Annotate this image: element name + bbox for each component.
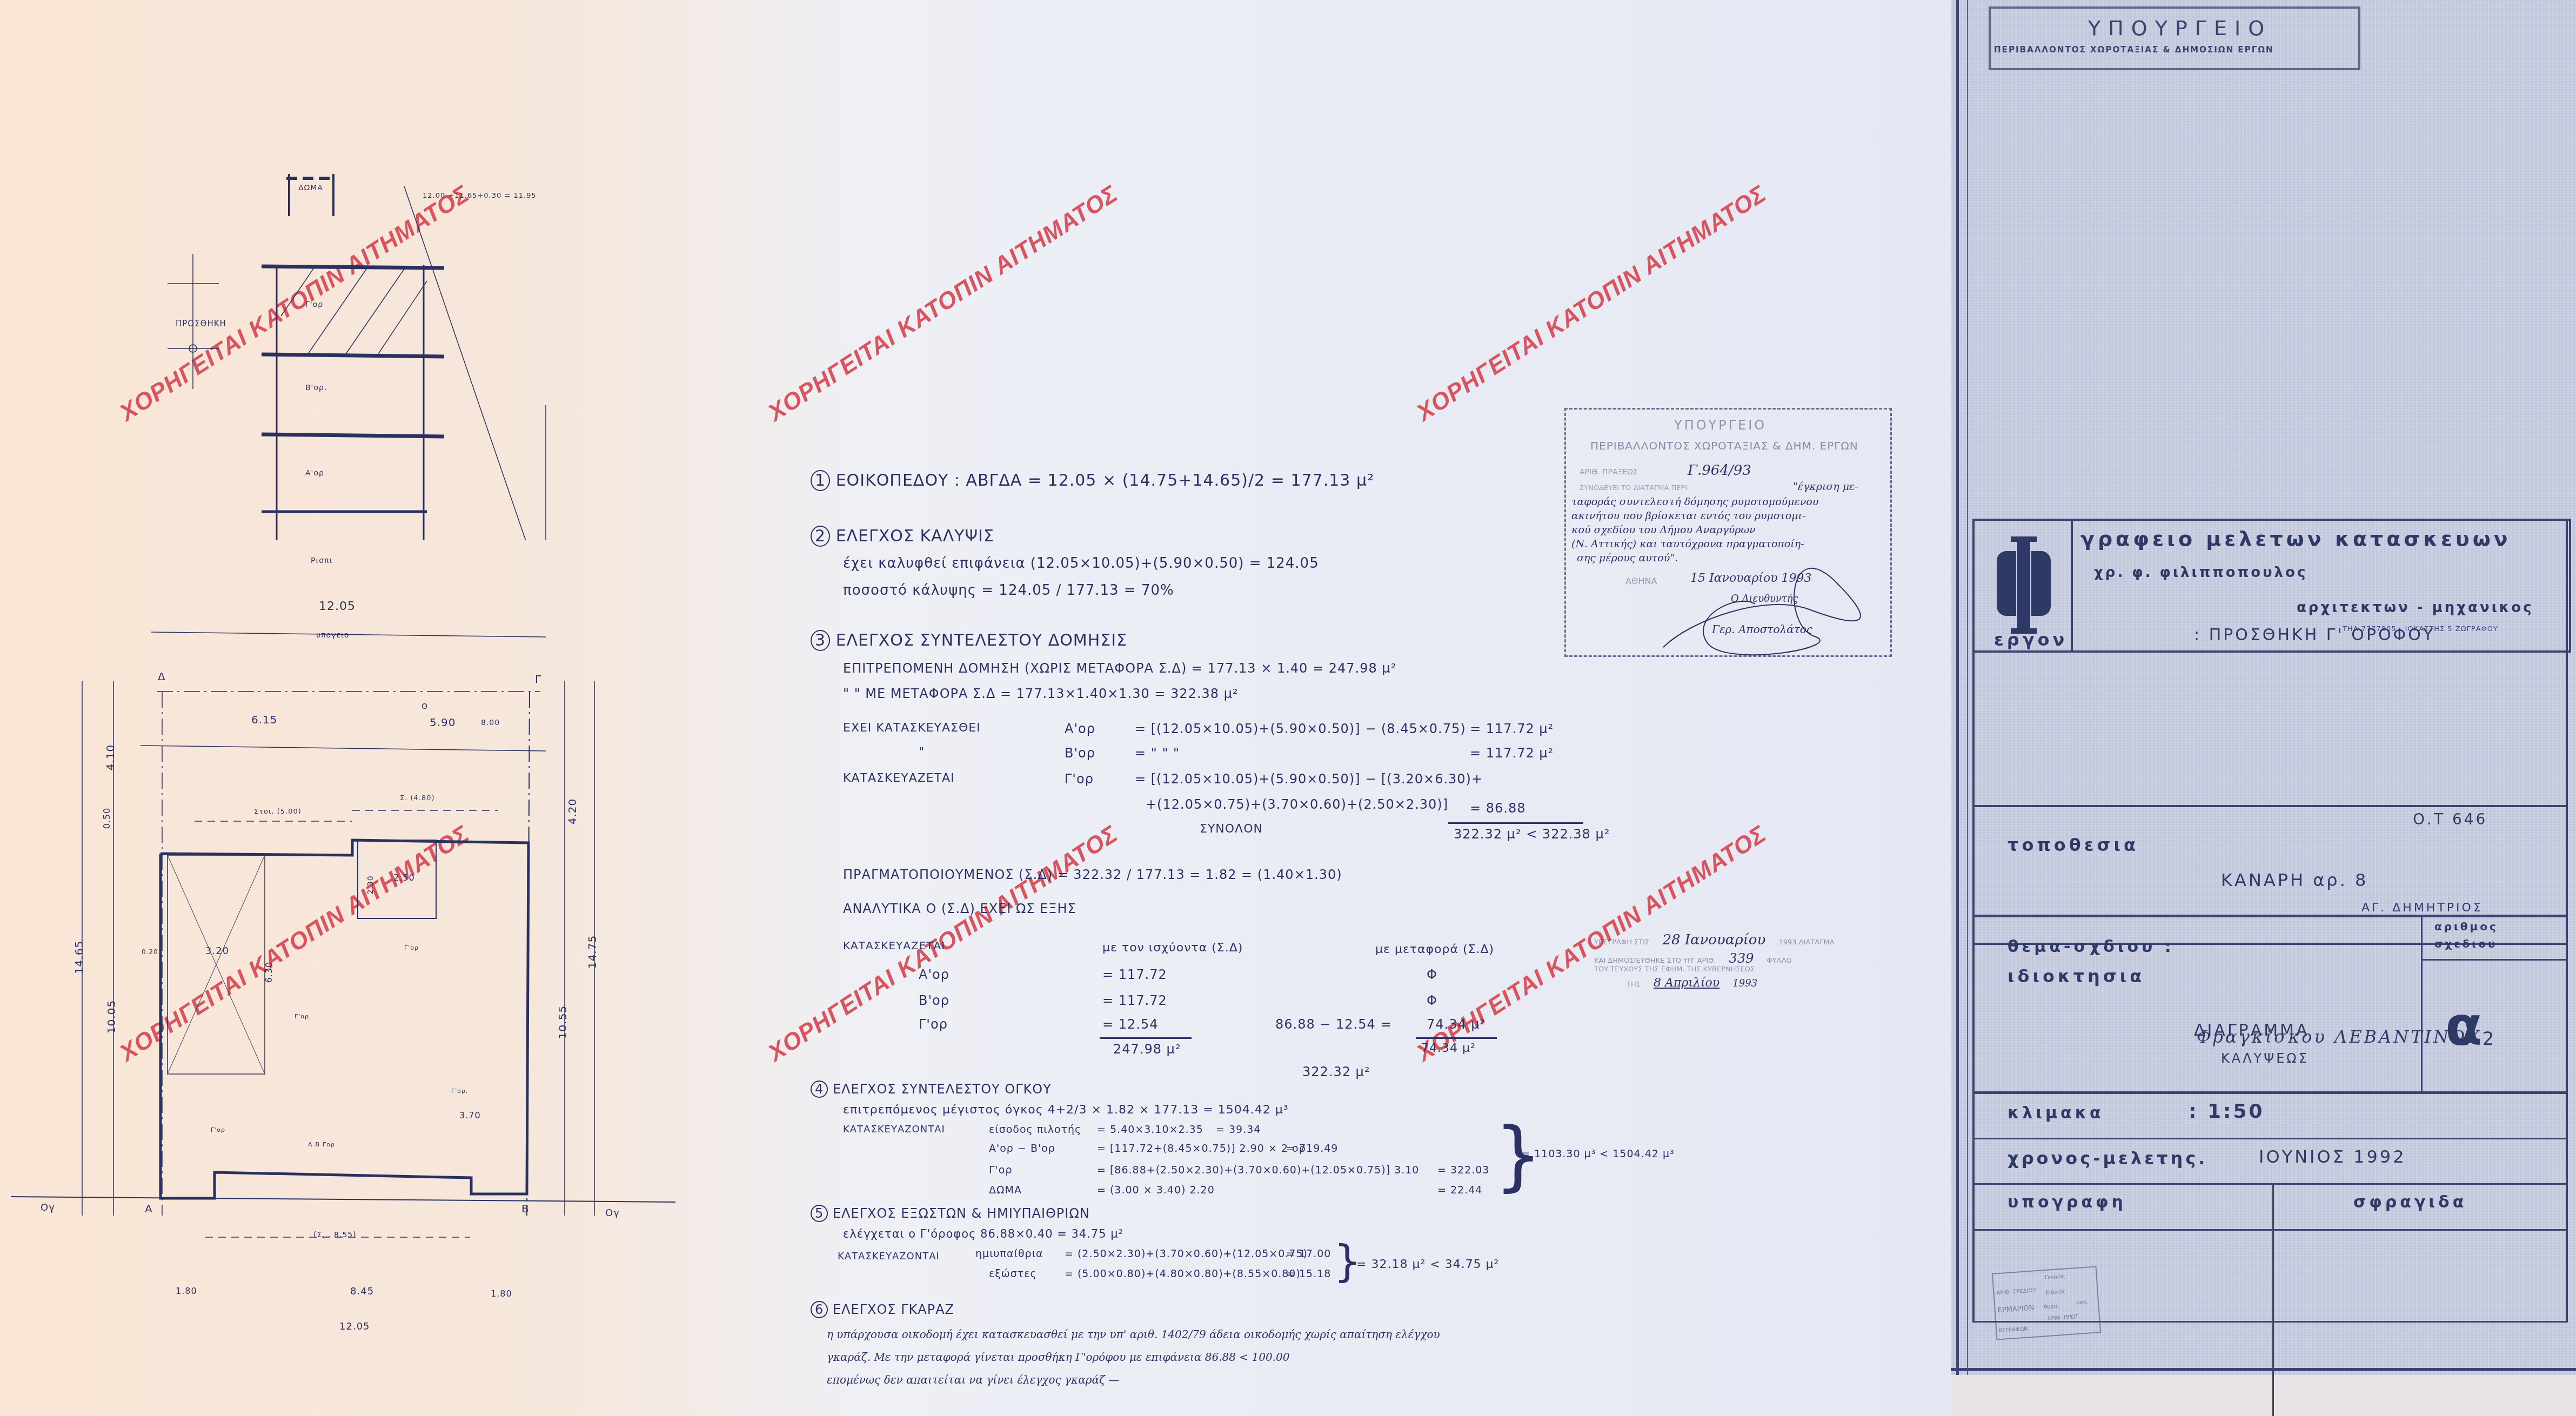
date-label: χρονος-μελετης. — [2008, 1148, 2207, 1169]
stamp-text: ταφοράς συντελεστή δόμησης ρυμοτομούμενο… — [1571, 496, 1818, 508]
section-number: 5 — [811, 1205, 828, 1222]
calc-line: ΕΠΙΤΡΕΠΟΜΕΝΗ ΔΟΜΗΣΗ (ΧΩΡΙΣ ΜΕΤΑΦΟΡΑ Σ.Δ)… — [843, 661, 1396, 676]
table-col2-header: με μεταφορά (Σ.Δ) — [1375, 943, 1494, 956]
volume-result: = 39.34 — [1216, 1124, 1261, 1136]
section-title: ΕΛΕΓΧΟΣ ΕΞΩΣΤΩΝ & ΗΜΙΥΠΑΙΘΡΙΩΝ — [833, 1206, 1090, 1221]
calc-line: " " ΜΕ ΜΕΤΑΦΟΡΑ Σ.Δ = 177.13×1.40×1.30 =… — [843, 686, 1239, 701]
firm-name: γραφειο μελετων κατασκευων — [2080, 527, 2511, 551]
stamp-protocol-label: ΑΡΙΘ. ΠΡΑΞΕΩΣ — [1580, 468, 1638, 477]
garage-note: επομένως δεν απαιτείται να γίνει έλεγχος… — [827, 1373, 1119, 1386]
project-value: : ΠΡΟΣΘΗΚΗ Γ' ΟΡΟΦΟΥ — [2194, 626, 2435, 645]
volume-item: Γ'ορ — [989, 1164, 1013, 1176]
project-label: εργον — [1994, 629, 2068, 650]
volume-total: = 1103.30 μ³ < 1504.42 μ³ — [1521, 1148, 1675, 1160]
table-col1: = 117.72 — [1102, 967, 1167, 982]
watermark: ΧΟΡΗΓΕΙΤΑΙ ΚΑΤΟΠΙΝ ΑΙΤΗΜΑΤΟΣ — [1412, 180, 1771, 427]
inner-dimension: 2.30 — [366, 875, 375, 894]
volume-item: ΔΩΜΑ — [989, 1184, 1022, 1196]
gazette-year: 1993 — [1778, 938, 1796, 947]
inner-dimension: 0.20 — [142, 948, 158, 956]
row-divider — [1972, 805, 2567, 807]
signature-icon — [1658, 561, 1885, 669]
table-col1: = 12.54 — [1102, 1017, 1158, 1032]
gazette-suffix: ΔΙΑΤΑΓΜΑ — [1799, 938, 1835, 947]
stamp-accompanies: ΣΥΝΟΔΕΥΕΙ ΤΟ ΔΙΑΤΑΓΜΑ ΠΕΡΙ — [1580, 484, 1687, 492]
plan-dimension: 10.55 — [556, 1005, 569, 1039]
floor-tag: Α-Β-Γορ — [308, 1141, 335, 1148]
corner-label: Δ — [158, 670, 166, 683]
calc-line: ποσοστό κάλυψης = 124.05 / 177.13 = 70% — [843, 582, 1174, 599]
floor-label: Β'ορ. — [305, 384, 327, 392]
calc-line: έχει καλυφθεί επιφάνεια (12.05×10.05)+(5… — [843, 555, 1319, 572]
archive-general: Γενικός — [2044, 1273, 2065, 1281]
constructed-label: ΕΧΕΙ ΚΑΤΑΣΚΕΥΑΣΘΕΙ — [843, 721, 981, 735]
location-label: τοποθεσια — [2008, 835, 2139, 855]
section-title: ΕΛΕΓΧΟΣ ΓΚΑΡΑΖ — [833, 1302, 954, 1317]
floor-tag: Γ'ορ — [404, 944, 419, 951]
volume-item: Α'ορ − Β'ορ — [989, 1143, 1055, 1155]
floor-name: Α'ορ — [1065, 721, 1095, 736]
watermark: ΧΟΡΗΓΕΙΤΑΙ ΚΑΤΟΠΙΝ ΑΙΤΗΜΑΤΟΣ — [764, 180, 1123, 427]
stamp-ministry-sub: ΠΕΡΙΒΑΛΛΟΝΤΟΣ ΧΩΡΟΤΑΞΙΑΣ & ΔΗΜ. ΕΡΓΩΝ — [1590, 439, 1858, 452]
section-number: 4 — [811, 1081, 828, 1098]
section-title: ΕΛΕΓΧΟΣ ΚΑΛΥΨΙΣ — [836, 527, 994, 546]
location-area: ΑΓ. ΔΗΜΗΤΡΙΟΣ — [2361, 901, 2483, 915]
plan-dimension: 14.75 — [586, 935, 599, 969]
street-label: Ογ — [41, 1202, 55, 1213]
table-floor: Γ'ορ — [919, 1017, 948, 1032]
firm-person: χρ. φ. φιλιππoπουλος — [2094, 565, 2307, 581]
plan-drawing: 12.05 6.15 5.90 14.65 4.10 0.50 10.05 4.… — [0, 594, 675, 1243]
row-divider — [1972, 1229, 2567, 1231]
col-divider — [2272, 1183, 2274, 1416]
plan-dimension: 4.20 — [566, 798, 579, 825]
drawing-number-sub: 2 — [2483, 1028, 2494, 1050]
balcony-result: = 17.00 — [1286, 1248, 1331, 1260]
firm-logo-icon: Φ — [1980, 532, 2067, 640]
setback-label: Στοι. (5.00) — [254, 808, 302, 816]
garage-note: η υπάρχουσα οικοδομή έχει κατασκευασθεί … — [827, 1328, 1440, 1341]
signature-label: υπογραφη — [2008, 1193, 2126, 1212]
table-col1-header: με τον ισχύοντα (Σ.Δ) — [1102, 941, 1243, 955]
ministry-stamp: ΥΠΟΥΡΓΕΙΟ ΠΕΡΙΒΑΛΛΟΝΤΟΣ ΧΩΡΟΤΑΞΙΑΣ & ΔΗΜ… — [1989, 6, 2360, 70]
inner-dimension: 6.30 — [264, 962, 274, 983]
volume-result: = 22.44 — [1437, 1184, 1482, 1196]
section-title: ΕΛΕΓΧΟΣ ΣΥΝΤΕΛΕΣΤΟΥ ΟΓΚΟΥ — [833, 1082, 1052, 1097]
row-divider — [1972, 915, 2567, 917]
table-floor: Β'ορ — [919, 993, 949, 1008]
analytic-label: ΑΝΑΛΥΤΙΚΑ Ο (Σ.Δ) ΕΧΕΙ ΩΣ ΕΞΗΣ — [843, 901, 1076, 916]
constructed-expr: = " " " — [1135, 746, 1180, 761]
row-divider — [1972, 1183, 2567, 1185]
bottom-dimension: 8.45 — [350, 1286, 374, 1297]
plan-drawing-lines — [0, 594, 675, 1243]
archive-cabinet: ΕΡΜΑΡΙΟΝ — [1997, 1304, 2035, 1315]
bottom-dimension: 1.80 — [176, 1286, 197, 1296]
volume-expr: = [86.88+(2.50×2.30)+(3.70×0.60)+(12.05×… — [1097, 1164, 1419, 1176]
table-floor: Α'ορ — [919, 967, 949, 982]
title-block-border — [1956, 0, 1959, 1375]
ministry-title: ΥΠΟΥΡΓΕΙΟ — [2088, 16, 2272, 40]
section-number: 1 — [811, 470, 830, 491]
drawing-number-letter: α — [2445, 995, 2483, 1058]
floor-tag: Γ'ορ. — [295, 1013, 311, 1020]
setback-label: Σ. (4.80) — [400, 794, 435, 802]
subject-value: ΚΑΛΥΨΕΩΣ — [2221, 1051, 2309, 1066]
plan-dimension: 4.10 — [104, 744, 117, 771]
calc-balcony-title: 5 ΕΛΕΓΧΟΣ ΕΞΩΣΤΩΝ & ΗΜΙΥΠΑΙΘΡΙΩΝ — [811, 1206, 1090, 1221]
title-block-border — [1972, 519, 1975, 1321]
constructed-label: ΚΑΤΑΣΚΕΥΑΖΟΝΤΑΙ — [843, 1124, 945, 1135]
calc-coverage-title: 2 ΕΛΕΓΧΟΣ ΚΑΛΥΨΙΣ — [811, 527, 994, 546]
constructed-expr: +(12.05×0.75)+(3.70×0.60)+(2.50×2.30)] — [1146, 797, 1448, 812]
approval-stamp: ΥΠΟΥΡΓΕΙΟ ΠΕΡΙΒΑΛΛΟΝΤΟΣ ΧΩΡΟΤΑΞΙΑΣ & ΔΗΜ… — [1564, 408, 1892, 657]
section-title: ΕΛΕΓΧΟΣ ΣΥΝΤΕΛΕΣΤΟΥ ΔΟΜΗΣΙΣ — [836, 631, 1127, 650]
inner-dimension: 3.20 — [205, 945, 229, 957]
gazette-prefix: ΥΠΕΓΡΑΦΗ ΣΤΙΣ — [1594, 938, 1649, 947]
sum-rule — [1100, 1037, 1192, 1039]
ministry-subtitle: ΠΕΡΙΒΑΛΛΟΝΤΟΣ ΧΩΡΟΤΑΞΙΑΣ & ΔΗΜΟΣΙΩΝ ΕΡΓΩ… — [1994, 44, 2274, 55]
archive-protocol: ΑΡΙΘ. ΠΡΩΤ. — [2048, 1314, 2080, 1322]
stamp-text: "έγκριση με- — [1793, 481, 1858, 493]
realized-far: ΠΡΑΓΜΑΤΟΠΟΙΟΥΜΕΝΟΣ (Σ.Δ) = 322.32 / 177.… — [843, 867, 1342, 882]
floor-name: Γ'ορ — [1065, 771, 1094, 787]
archive-folder: φακ. — [2076, 1299, 2089, 1306]
balcony-expr: = (2.50×2.30)+(3.70×0.60)+(12.05×0.75) — [1065, 1248, 1308, 1260]
section-side-label: ΠΡΟΣΘΗΚΗ — [176, 319, 226, 328]
floor-label: ΔΩΜΑ — [298, 184, 323, 192]
calc-volume-title: 4 ΕΛΕΓΧΟΣ ΣΥΝΤΕΛΕΣΤΟΥ ΟΓΚΟΥ — [811, 1082, 1052, 1097]
subject-value: ΔΙΑΓΡΑΜΜΑ — [2194, 1021, 2310, 1040]
table-row-label: ΚΑΤΑΣΚΕΥΑΖΕΤΑΙ — [843, 939, 945, 952]
table-col1-total: 247.98 μ² — [1113, 1042, 1181, 1057]
constructed-result: = 117.72 μ² — [1470, 721, 1554, 736]
section-drawing-lines — [0, 0, 648, 540]
floor-tag: Γ'ορ. — [451, 1088, 468, 1095]
title-block — [1951, 0, 2576, 1375]
title-block-border — [2566, 519, 2568, 1321]
gazette-prefix: ΚΑΙ ΔΗΜΟΣΙΕΥΘΗΚΕ ΣΤΟ ΥΠ' ΑΡΙΘ. — [1594, 957, 1716, 965]
archive-documents: ΕΓΓΡΑΦΩΝ — [1999, 1326, 2028, 1334]
title-block-border — [1951, 1368, 2576, 1371]
balcony-expr: = (5.00×0.80)+(4.80×0.80)+(8.55×0.80) — [1065, 1268, 1301, 1280]
stamp-protocol-number: Γ.964/93 — [1688, 462, 1751, 479]
garage-note: γκαράζ. Με την μεταφορά γίνεται προσθήκη… — [827, 1351, 1289, 1364]
archive-drawing-no: ΑΡΙΘ. ΣΧΕΔΙΟΥ — [1996, 1287, 2036, 1296]
archive-stamp: ΑΡΙΘ. ΣΧΕΔΙΟΥ Γενικός Ειδικός ΕΡΜΑΡΙΟΝ θ… — [1992, 1266, 2101, 1340]
location-street: ΚΑΝΑΡΗ αρ. 8 — [2221, 870, 2368, 890]
inner-dimension: 2.50 — [393, 873, 415, 883]
bottom-dimension: 1.80 — [491, 1289, 512, 1299]
firm-role: αρχιτεκτων - μηχανικος — [2297, 600, 2534, 616]
sum-rule — [1448, 822, 1583, 824]
volume-result: = 322.03 — [1437, 1164, 1489, 1176]
volume-expr: = [117.72+(8.45×0.75)] 2.90 × 2 ορ — [1097, 1143, 1306, 1155]
gazette-prefix: ΤΗΣ — [1627, 981, 1641, 989]
floor-name: Β'ορ — [1065, 746, 1095, 761]
constructed-label: ΚΑΤΑΣΚΕΥΑΖΕΤΑΙ — [843, 771, 955, 785]
date-value: ΙΟΥΝΙΟΣ 1992 — [2259, 1146, 2406, 1167]
plan-dimension: 10.05 — [105, 1000, 118, 1034]
plan-dimension: 6.15 — [251, 713, 278, 726]
calc-line: επιτρεπόμενος μέγιστος όγκος 4+2/3 × 1.8… — [843, 1103, 1289, 1117]
corner-label: Γ — [535, 673, 541, 686]
drawing-number: α2 — [2445, 999, 2494, 1053]
plan-dimension: 0.50 — [102, 808, 112, 829]
logo-divider — [2071, 519, 2073, 650]
row-divider — [1972, 1091, 2567, 1094]
scale-value: : 1:50 — [2189, 1100, 2264, 1123]
sum-label: ΣΥΝΟΛΟΝ — [1200, 822, 1263, 836]
gazette-date: 8 Απριλίου — [1654, 976, 1719, 990]
archive-shelf: θυρίς — [2044, 1303, 2059, 1310]
corner-label: Α — [145, 1202, 153, 1215]
gazette-stamp: ΥΠΕΓΡΑΦΗ ΣΤΙΣ 28 Ιανουαρίου 1993 ΔΙΑΤΑΓΜ… — [1594, 927, 1897, 997]
gazette-suffix: ΦΥΛΛΟ — [1767, 957, 1792, 965]
stamp-ministry: ΥΠΟΥΡΓΕΙΟ — [1674, 418, 1767, 433]
volume-expr: = 5.40×3.10×2.35 — [1097, 1124, 1203, 1136]
location-block: Ο.Τ 646 — [2413, 810, 2487, 828]
owner-label: ιδιοκτησια — [2008, 966, 2145, 986]
stamp-text: κού σχεδίου του Δήμου Αναργύρων — [1571, 524, 1756, 536]
constructed-result: = 117.72 μ² — [1470, 746, 1554, 761]
sum-result: 322.32 μ² < 322.38 μ² — [1454, 827, 1610, 842]
floor-label: Α'ορ — [305, 469, 324, 478]
section-number: 6 — [811, 1301, 828, 1318]
row-divider — [2421, 959, 2567, 961]
table-col1: = 117.72 — [1102, 993, 1167, 1008]
calc-garage-title: 6 ΕΛΕΓΧΟΣ ΓΚΑΡΑΖ — [811, 1302, 954, 1317]
floor-label: Ρισπι — [311, 556, 332, 565]
section-drawing: ΠΡΟΣΘΗΚΗ ΔΩΜΑ Γ'ορ Β'ορ. Α'ορ Ρισπι υπογ… — [0, 0, 648, 540]
calc-far-title: 3 ΕΛΕΓΧΟΣ ΣΥΝΤΕΛΕΣΤΟΥ ΔΟΜΗΣΙΣ — [811, 631, 1127, 650]
section-number: 3 — [811, 630, 830, 651]
drawing-number-label: αριθμος — [2434, 920, 2498, 933]
front-note: (Σ... 8.55) — [313, 1231, 357, 1239]
table-col2: Φ — [1427, 993, 1437, 1008]
table-col2: Φ — [1427, 967, 1437, 982]
table-grand-total: 322.32 μ² — [1302, 1064, 1370, 1079]
archive-specific: Ειδικός — [2045, 1289, 2066, 1296]
balcony-total: = 32.18 μ² < 34.75 μ² — [1356, 1258, 1499, 1271]
gazette-date: 28 Ιανουαρίου — [1662, 932, 1765, 948]
drawing-number-label: σχεδιου — [2434, 937, 2497, 950]
constructed-label: " — [919, 746, 925, 759]
table-col2: 74.34 μ² — [1427, 1017, 1486, 1032]
plan-dimension: 5.90 — [430, 716, 456, 729]
row-divider — [1972, 1138, 2567, 1139]
subject-label: θεμα-σχδιου : — [2008, 937, 2174, 956]
floor-label: Γ'ορ — [305, 300, 323, 309]
gazette-number: 339 — [1729, 951, 1754, 966]
table-mid: 86.88 − 12.54 = — [1275, 1017, 1392, 1032]
calc-line: ελέγχεται ο Γ'όροφος 86.88×0.40 = 34.75 … — [843, 1227, 1123, 1240]
scan-margin — [1951, 1375, 2576, 1416]
volume-expr: = (3.00 × 3.40) 2.20 — [1097, 1184, 1215, 1196]
inner-dimension: 3.70 — [459, 1110, 481, 1120]
scale-label: κλιμακα — [2008, 1104, 2104, 1123]
balcony-item: ημιυπαίθρια — [975, 1248, 1043, 1260]
stamp-city: ΑΘΗΝΑ — [1625, 576, 1657, 586]
volume-item: είσοδος πιλοτής — [989, 1124, 1081, 1136]
stamp-text: ακινήτου που βρίσκεται εντός του ρυμοτομ… — [1571, 510, 1805, 522]
stamp-text: (Ν. Αττικής) και ταυτόχρονα πραγματοποίη… — [1571, 538, 1804, 550]
title-block-border — [1967, 0, 1968, 1375]
table-col2-total: 74.34 μ² — [1421, 1042, 1476, 1055]
volume-result: = 719.49 — [1286, 1143, 1338, 1155]
constructed-expr: = [(12.05×10.05)+(5.90×0.50)] − [(3.20×6… — [1135, 771, 1483, 787]
gazette-line: ΤΟΥ ΤΕΥΧΟΥΣ ΤΗΣ ΕΦΗΜ. ΤΗΣ ΚΥΒΕΡΝΗΣΕΩΣ — [1594, 965, 1755, 974]
plan-dimension: 12.05 — [319, 600, 356, 613]
balcony-result: = 15.18 — [1286, 1268, 1331, 1280]
sum-rule — [1416, 1037, 1497, 1039]
seal-label: σφραγιδα — [2353, 1193, 2467, 1212]
corner-label: Β — [521, 1202, 530, 1215]
col-divider — [2421, 915, 2423, 1093]
constructed-label: ΚΑΤΑΣΚΕΥΑΖΟΝΤΑΙ — [838, 1251, 940, 1262]
street-label: Ογ — [605, 1207, 620, 1219]
gazette-year: 1993 — [1732, 978, 1757, 989]
bottom-dimension: 12.05 — [339, 1321, 370, 1332]
calc-text: ΕΟΙΚΟΠΕΔΟΥ : ΑΒΓΔΑ = 12.05 × (14.75+14.6… — [836, 471, 1374, 490]
section-number: 2 — [811, 526, 830, 547]
constructed-result: = 86.88 — [1470, 801, 1525, 816]
floor-tag: Γ'ορ — [211, 1126, 225, 1133]
height-note: 12.00 +11.65+0.30 = 11.95 — [423, 192, 537, 200]
plan-dimension: 14.65 — [72, 941, 85, 974]
constructed-expr: = [(12.05×10.05)+(5.90×0.50)] − (8.45×0.… — [1135, 721, 1466, 736]
calc-plot-area: 1 ΕΟΙΚΟΠΕΔΟΥ : ΑΒΓΔΑ = 12.05 × (14.75+14… — [811, 471, 1374, 490]
balcony-item: εξώστες — [989, 1268, 1037, 1280]
